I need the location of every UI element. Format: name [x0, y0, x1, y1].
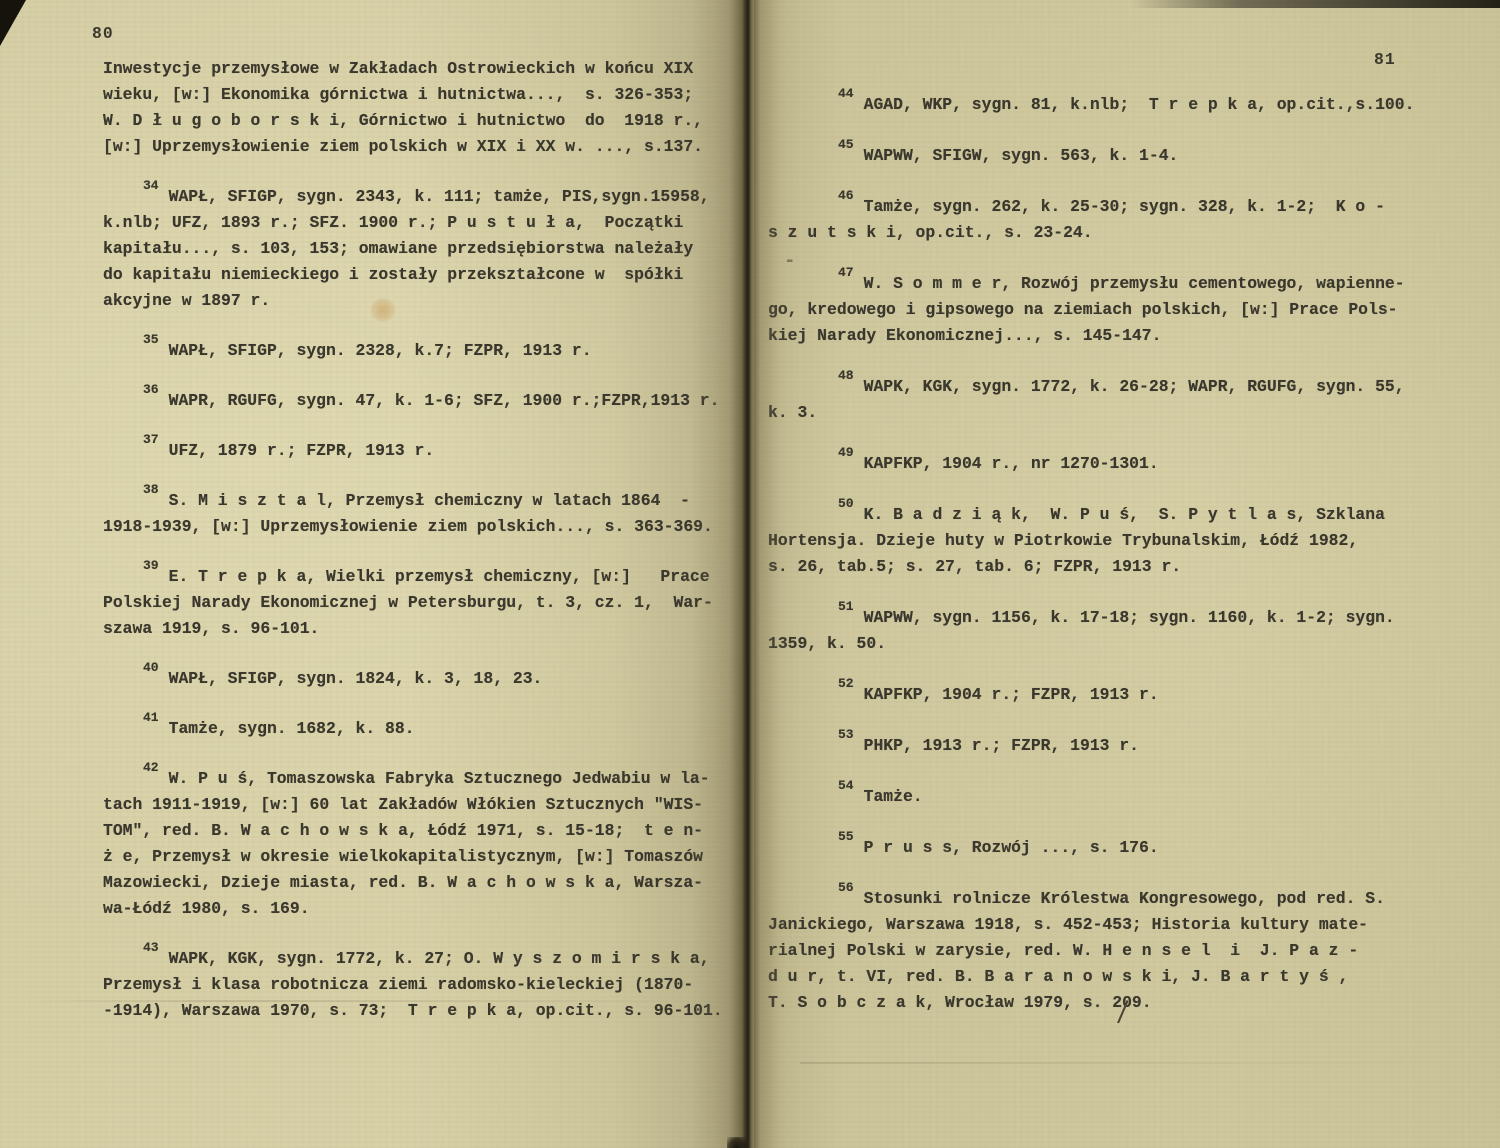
footnote-text: Tamże, sygn. 262, k. 25-30; sygn. 328, k… [768, 197, 1385, 242]
footnote-36: 36WAPR, RGUFG, sygn. 47, k. 1-6; SFZ, 19… [103, 388, 742, 414]
page-right: 81 44AGAD, WKP, sygn. 81, k.nlb; T r e p… [754, 0, 1500, 1148]
footnote-number: 50 [838, 496, 854, 511]
footnote-number: 45 [838, 137, 854, 152]
page-number-left: 80 [92, 24, 114, 43]
footnote-55: 55P r u s s, Rozwój ..., s. 176. [768, 835, 1464, 861]
footnote-44: 44AGAD, WKP, sygn. 81, k.nlb; T r e p k … [768, 92, 1464, 118]
intro-text: Inwestycje przemysłowe w Zakładach Ostro… [103, 59, 703, 156]
footnote-number: 55 [838, 829, 854, 844]
footnote-text: WAPŁ, SFIGP, sygn. 2328, k.7; FZPR, 1913… [169, 341, 592, 360]
footnote-text: WAPŁ, SFIGP, sygn. 2343, k. 111; tamże, … [103, 187, 710, 310]
footnote-number: 44 [838, 86, 854, 101]
footnote-number: 38 [143, 482, 159, 497]
footnote-46: 46Tamże, sygn. 262, k. 25-30; sygn. 328,… [768, 194, 1464, 246]
footnote-text: Tamże. [864, 787, 923, 806]
footnote-number: 36 [143, 382, 159, 397]
gutter-bottom-shadow [727, 1137, 747, 1148]
footnote-text: WAPK, KGK, sygn. 1772, k. 27; O. W y s z… [103, 949, 723, 1020]
footnote-51: 51WAPWW, sygn. 1156, k. 17-18; sygn. 116… [768, 605, 1464, 657]
footnote-text: KAPFKP, 1904 r., nr 1270-1301. [864, 454, 1159, 473]
footnote-text: WAPR, RGUFG, sygn. 47, k. 1-6; SFZ, 1900… [169, 391, 720, 410]
book-scan: 80 Inwestycje przemysłowe w Zakładach Os… [0, 0, 1500, 1148]
footnote-text: W. S o m m e r, Rozwój przemysłu cemento… [768, 274, 1405, 345]
footnote-text: Stosunki rolnicze Królestwa Kongresowego… [768, 889, 1385, 1012]
footnote-48: 48WAPK, KGK, sygn. 1772, k. 26-28; WAPR,… [768, 374, 1464, 426]
footnote-number: 48 [838, 368, 854, 383]
footnote-text: PHKP, 1913 r.; FZPR, 1913 r. [864, 736, 1139, 755]
footnote-text: E. T r e p k a, Wielki przemysł chemiczn… [103, 567, 713, 638]
footnote-39: 39E. T r e p k a, Wielki przemysł chemic… [103, 564, 742, 642]
footnote-number: 46 [838, 188, 854, 203]
footnote-49: 49KAPFKP, 1904 r., nr 1270-1301. [768, 451, 1464, 477]
footnote-52: 52KAPFKP, 1904 r.; FZPR, 1913 r. [768, 682, 1464, 708]
footnote-text: WAPŁ, SFIGP, sygn. 1824, k. 3, 18, 23. [169, 669, 543, 688]
paper-stain [370, 298, 396, 322]
footnote-list-left: 34WAPŁ, SFIGP, sygn. 2343, k. 111; tamże… [103, 184, 742, 1024]
footnote-number: 52 [838, 676, 854, 691]
footnote-number: 41 [143, 710, 159, 725]
footnote-text: WAPWW, sygn. 1156, k. 17-18; sygn. 1160,… [768, 608, 1395, 653]
footnote-40: 40WAPŁ, SFIGP, sygn. 1824, k. 3, 18, 23. [103, 666, 742, 692]
footnote-38: 38S. M i s z t a l, Przemysł chemiczny w… [103, 488, 742, 540]
footnote-47: 47W. S o m m e r, Rozwój przemysłu cemen… [768, 271, 1464, 349]
footnote-number: 49 [838, 445, 854, 460]
footnote-text: P r u s s, Rozwój ..., s. 176. [864, 838, 1159, 857]
footnote-text: WAPWW, SFIGW, sygn. 563, k. 1-4. [864, 146, 1179, 165]
footnote-number: 56 [838, 880, 854, 895]
footnote-37: 37UFZ, 1879 r.; FZPR, 1913 r. [103, 438, 742, 464]
footnote-number: 35 [143, 332, 159, 347]
footnote-43: 43WAPK, KGK, sygn. 1772, k. 27; O. W y s… [103, 946, 742, 1024]
photo-edge-top-right [1130, 0, 1500, 8]
footnote-text: S. M i s z t a l, Przemysł chemiczny w l… [103, 491, 713, 536]
footnote-number: 40 [143, 660, 159, 675]
footnote-number: 37 [143, 432, 159, 447]
footnote-53: 53PHKP, 1913 r.; FZPR, 1913 r. [768, 733, 1464, 759]
footnote-35: 35WAPŁ, SFIGP, sygn. 2328, k.7; FZPR, 19… [103, 338, 742, 364]
footnote-number: 39 [143, 558, 159, 573]
footnote-list-right: 44AGAD, WKP, sygn. 81, k.nlb; T r e p k … [768, 92, 1464, 1016]
footnote-text: AGAD, WKP, sygn. 81, k.nlb; T r e p k a,… [864, 95, 1415, 114]
page-number-right: 81 [1374, 50, 1396, 69]
footnote-34: 34WAPŁ, SFIGP, sygn. 2343, k. 111; tamże… [103, 184, 742, 314]
footnote-54: 54Tamże. [768, 784, 1464, 810]
footnote-50: 50K. B a d z i ą k, W. P u ś, S. P y t l… [768, 502, 1464, 580]
footnote-number: 43 [143, 940, 159, 955]
footnote-number: 42 [143, 760, 159, 775]
footnote-text: Tamże, sygn. 1682, k. 88. [169, 719, 415, 738]
footnote-text: KAPFKP, 1904 r.; FZPR, 1913 r. [864, 685, 1159, 704]
footnote-text: W. P u ś, Tomaszowska Fabryka Sztucznego… [103, 769, 710, 918]
footnote-text: UFZ, 1879 r.; FZPR, 1913 r. [169, 441, 435, 460]
footnote-text: K. B a d z i ą k, W. P u ś, S. P y t l a… [768, 505, 1385, 576]
footnote-number: 53 [838, 727, 854, 742]
footnote-number: 51 [838, 599, 854, 614]
page-left: 80 Inwestycje przemysłowe w Zakładach Os… [0, 0, 746, 1148]
footnote-42: 42W. P u ś, Tomaszowska Fabryka Sztuczne… [103, 766, 742, 922]
footnote-number: 54 [838, 778, 854, 793]
footnote-45: 45WAPWW, SFIGW, sygn. 563, k. 1-4. [768, 143, 1464, 169]
footnote-number: 34 [143, 178, 159, 193]
intro-paragraph: Inwestycje przemysłowe w Zakładach Ostro… [103, 56, 742, 160]
footnote-text: WAPK, KGK, sygn. 1772, k. 26-28; WAPR, R… [768, 377, 1405, 422]
footnote-56: 56Stosunki rolnicze Królestwa Kongresowe… [768, 886, 1464, 1016]
footnote-number: 47 [838, 265, 854, 280]
footnote-41: 41Tamże, sygn. 1682, k. 88. [103, 716, 742, 742]
pen-dash-mark: - [786, 250, 793, 271]
